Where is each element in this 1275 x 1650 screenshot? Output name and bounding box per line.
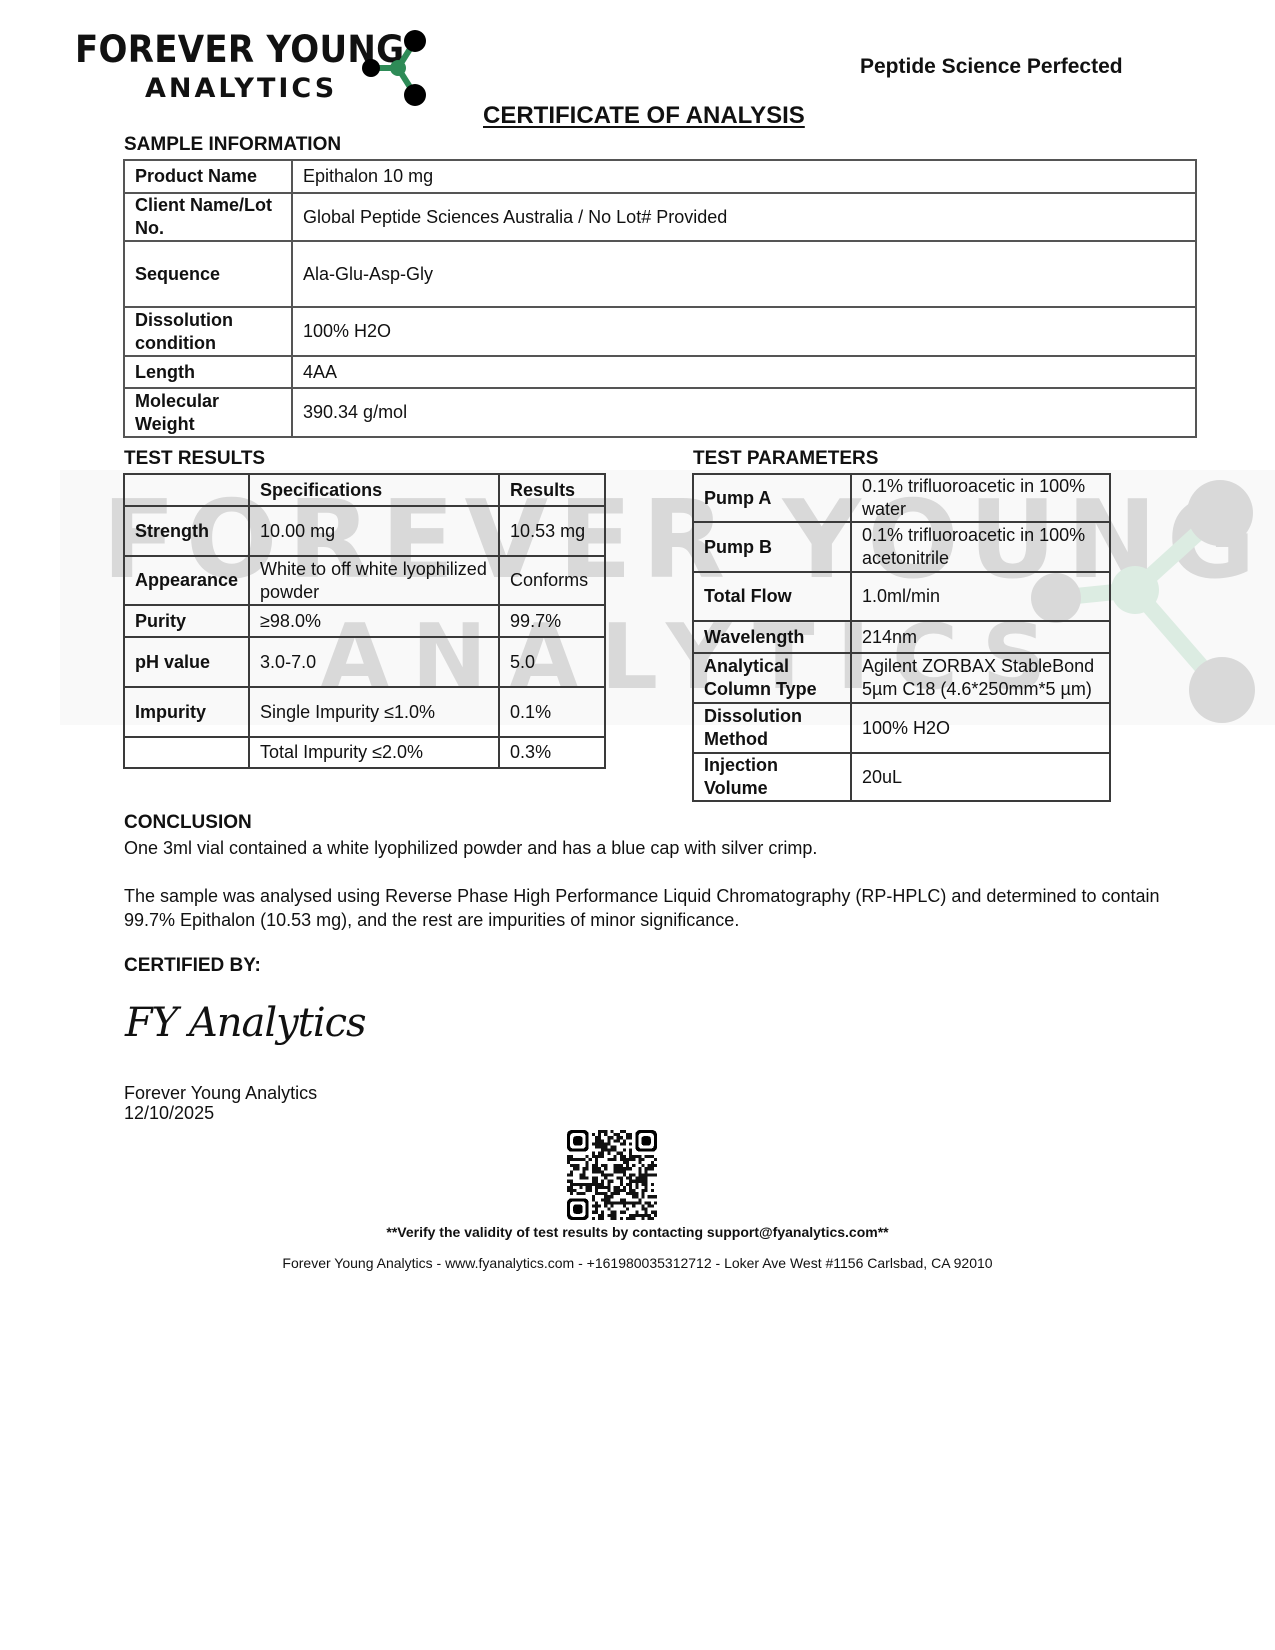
table-row: Length 4AA (124, 356, 1196, 388)
test-spec: ≥98.0% (249, 605, 499, 637)
table-row: Purity ≥98.0% 99.7% (124, 605, 605, 637)
logo-text-line2: ANALYTICS (145, 73, 337, 104)
sample-value: 4AA (292, 356, 1196, 388)
table-row: Dissolution Method 100% H2O (693, 703, 1110, 753)
contact-line: Forever Young Analytics - www.fyanalytic… (0, 1255, 1275, 1271)
certified-by-heading: CERTIFIED BY: (124, 955, 261, 977)
table-row: Strength 10.00 mg 10.53 mg (124, 506, 605, 556)
sample-value: 390.34 g/mol (292, 388, 1196, 437)
test-spec: 3.0-7.0 (249, 637, 499, 687)
table-row: Pump B 0.1% trifluoroacetic in 100% acet… (693, 522, 1110, 572)
table-row: Analytical Column Type Agilent ZORBAX St… (693, 653, 1110, 703)
sample-label: Molecular Weight (124, 388, 292, 437)
test-name: Impurity (124, 687, 249, 737)
test-parameters-heading: TEST PARAMETERS (693, 448, 878, 470)
table-row: Appearance White to off white lyophilize… (124, 556, 605, 605)
param-value: 0.1% trifluoroacetic in 100% water (851, 474, 1110, 522)
column-header: Results (499, 474, 605, 506)
sample-label: Client Name/Lot No. (124, 193, 292, 241)
test-spec: White to off white lyophilized powder (249, 556, 499, 605)
table-row: Injection Volume 20uL (693, 753, 1110, 801)
sample-value: Epithalon 10 mg (292, 160, 1196, 193)
sample-label: Dissolution condition (124, 307, 292, 356)
param-label: Analytical Column Type (693, 653, 851, 703)
table-row: Total Flow 1.0ml/min (693, 572, 1110, 621)
table-row: Molecular Weight 390.34 g/mol (124, 388, 1196, 437)
certification-date: 12/10/2025 (124, 1103, 214, 1123)
test-result: 5.0 (499, 637, 605, 687)
qr-code-icon[interactable] (567, 1130, 657, 1220)
test-result: 0.3% (499, 737, 605, 768)
column-header (124, 474, 249, 506)
test-results-table: Specifications Results Strength 10.00 mg… (123, 473, 606, 769)
sample-value: 100% H2O (292, 307, 1196, 356)
param-label: Total Flow (693, 572, 851, 621)
sample-value: Ala-Glu-Asp-Gly (292, 241, 1196, 307)
test-name: Strength (124, 506, 249, 556)
sample-information-table: Product Name Epithalon 10 mg Client Name… (123, 159, 1197, 438)
param-label: Pump A (693, 474, 851, 522)
conclusion-paragraph-1: One 3ml vial contained a white lyophiliz… (124, 836, 817, 860)
test-spec: Single Impurity ≤1.0% (249, 687, 499, 737)
table-header-row: Specifications Results (124, 474, 605, 506)
table-row: Dissolution condition 100% H2O (124, 307, 1196, 356)
table-row: Impurity Single Impurity ≤1.0% 0.1% (124, 687, 605, 737)
tagline: Peptide Science Perfected (860, 55, 1123, 79)
sample-label: Product Name (124, 160, 292, 193)
param-label: Pump B (693, 522, 851, 572)
param-value: 20uL (851, 753, 1110, 801)
conclusion-paragraph-2-line-1: The sample was analysed using Reverse Ph… (124, 884, 1160, 908)
signature: FY Analytics (125, 1000, 366, 1046)
test-name: pH value (124, 637, 249, 687)
molecule-icon (355, 25, 435, 110)
test-results-heading: TEST RESULTS (124, 448, 265, 470)
param-value: 214nm (851, 621, 1110, 653)
param-label: Dissolution Method (693, 703, 851, 753)
test-result: 0.1% (499, 687, 605, 737)
sample-label: Length (124, 356, 292, 388)
test-name (124, 737, 249, 768)
param-label: Injection Volume (693, 753, 851, 801)
conclusion-heading: CONCLUSION (124, 812, 252, 834)
test-spec: Total Impurity ≤2.0% (249, 737, 499, 768)
sample-information-heading: SAMPLE INFORMATION (124, 134, 341, 156)
table-row: Total Impurity ≤2.0% 0.3% (124, 737, 605, 768)
param-value: Agilent ZORBAX StableBond 5µm C18 (4.6*2… (851, 653, 1110, 703)
test-result: 10.53 mg (499, 506, 605, 556)
test-name: Appearance (124, 556, 249, 605)
test-result: 99.7% (499, 605, 605, 637)
verify-notice: **Verify the validity of test results by… (0, 1224, 1275, 1240)
table-row: Client Name/Lot No. Global Peptide Scien… (124, 193, 1196, 241)
table-row: Pump A 0.1% trifluoroacetic in 100% wate… (693, 474, 1110, 522)
table-row: Wavelength 214nm (693, 621, 1110, 653)
sample-label: Sequence (124, 241, 292, 307)
certifier-company: Forever Young Analytics (124, 1083, 317, 1103)
table-row: Sequence Ala-Glu-Asp-Gly (124, 241, 1196, 307)
test-result: Conforms (499, 556, 605, 605)
test-parameters-table: Pump A 0.1% trifluoroacetic in 100% wate… (692, 473, 1111, 802)
param-value: 100% H2O (851, 703, 1110, 753)
test-spec: 10.00 mg (249, 506, 499, 556)
sample-value: Global Peptide Sciences Australia / No L… (292, 193, 1196, 241)
param-value: 1.0ml/min (851, 572, 1110, 621)
test-name: Purity (124, 605, 249, 637)
table-row: Product Name Epithalon 10 mg (124, 160, 1196, 193)
param-label: Wavelength (693, 621, 851, 653)
param-value: 0.1% trifluoroacetic in 100% acetonitril… (851, 522, 1110, 572)
column-header: Specifications (249, 474, 499, 506)
document-title: CERTIFICATE OF ANALYSIS (483, 102, 805, 130)
conclusion-paragraph-2-line-2: 99.7% Epithalon (10.53 mg), and the rest… (124, 908, 739, 932)
table-row: pH value 3.0-7.0 5.0 (124, 637, 605, 687)
